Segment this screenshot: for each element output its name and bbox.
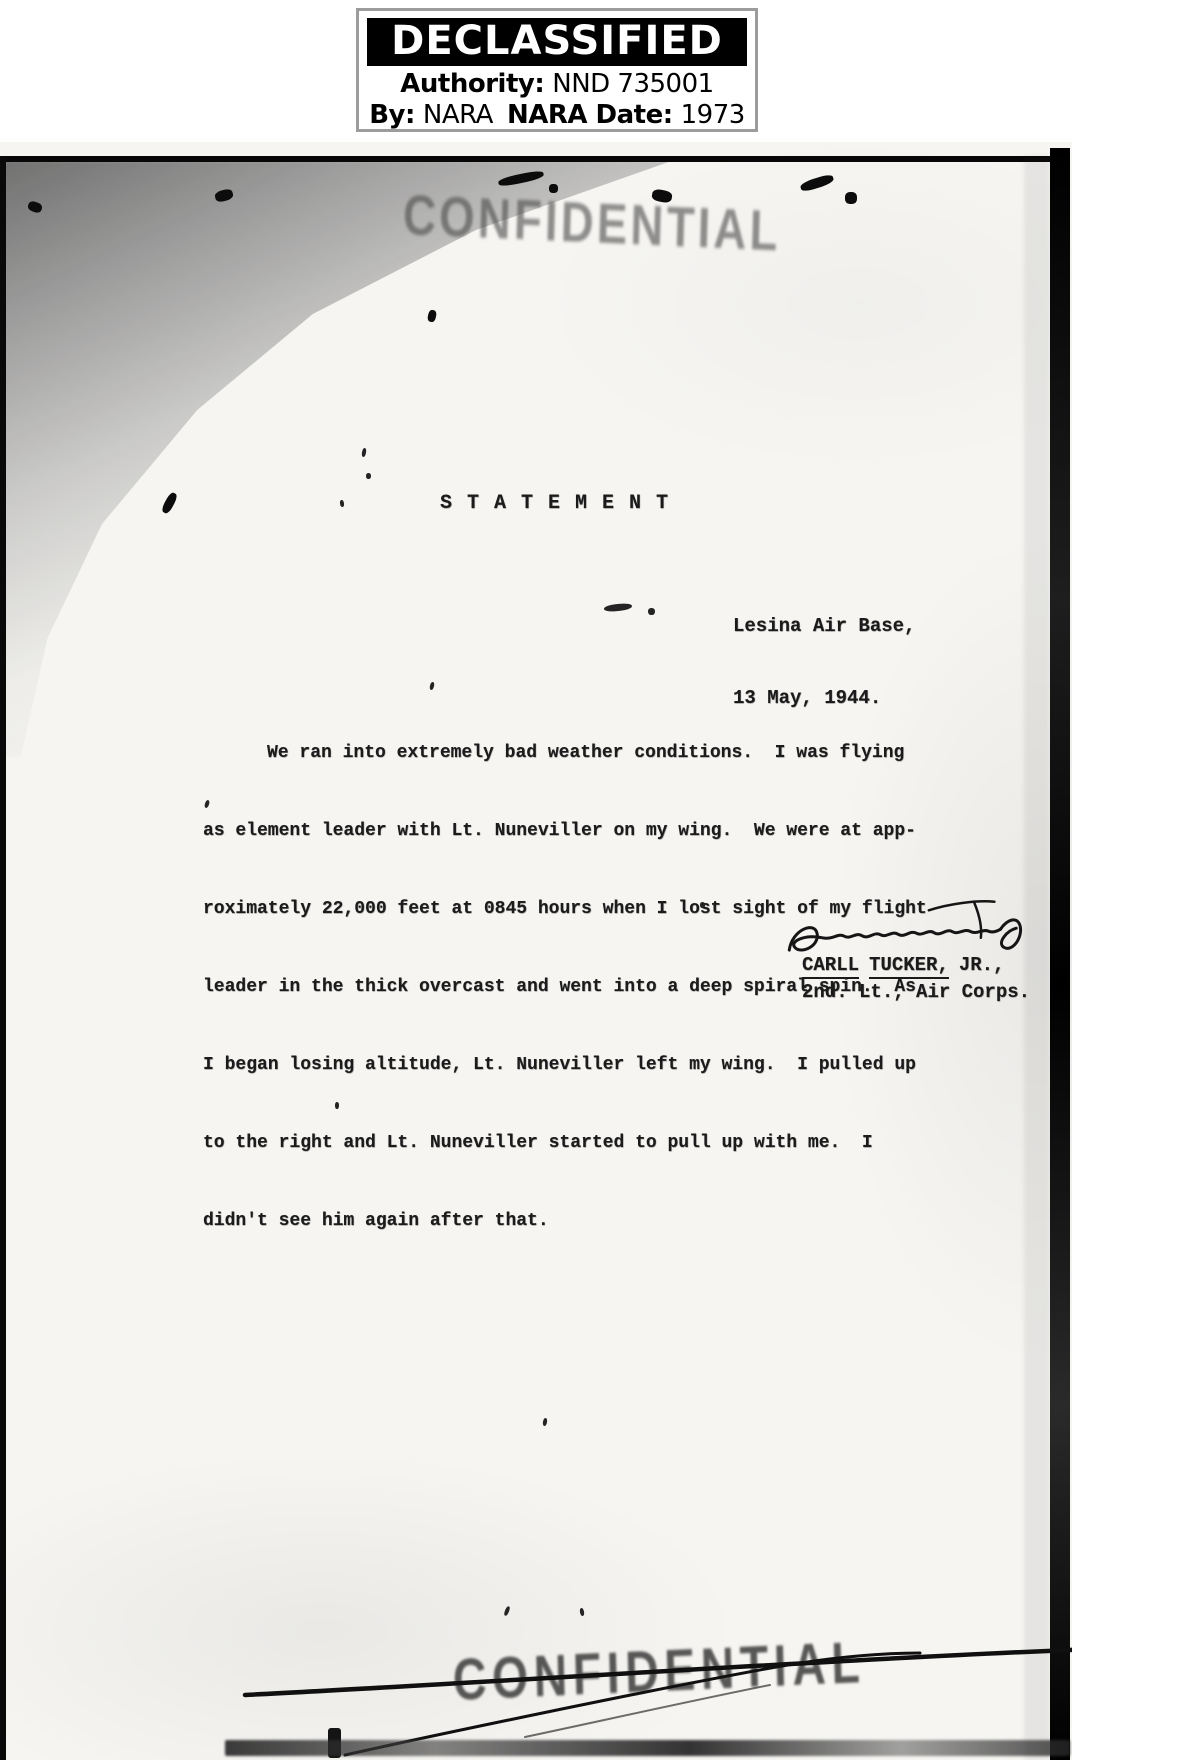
scan-left-edge (0, 156, 6, 1760)
strikethrough-pen-marks (225, 1617, 1072, 1760)
scan-speck (648, 608, 655, 615)
signature-name: CARLLTUCKER,JR., (802, 954, 1004, 976)
body-line: didn't see him again after that. (203, 1208, 983, 1234)
authority-label: Authority: (400, 69, 544, 99)
scan-speck (160, 491, 178, 515)
ink-smudge (549, 184, 558, 193)
ink-smudge (604, 603, 633, 613)
by-value: NARA (423, 100, 493, 130)
scan-speck (427, 309, 437, 322)
declassified-banner: DECLASSIFIED (367, 18, 747, 66)
scan-speck (361, 448, 367, 458)
scan-bottom-edge (225, 1740, 1070, 1756)
scan-top-edge (0, 156, 1060, 162)
signature-name-last: TUCKER, (869, 954, 949, 979)
by-label: By: (369, 100, 415, 130)
scan-speck (366, 473, 371, 479)
date-label: NARA Date: (507, 100, 673, 130)
by-line: By:NARANARA Date:1973 (359, 100, 755, 131)
scanned-page: DECLASSIFIED Authority:NND 735001 By:NAR… (0, 0, 1204, 1760)
declassified-title: DECLASSIFIED (391, 18, 723, 64)
document-scan: CONFIDENTIAL S T A T E M E N T Lesina Ai… (0, 142, 1072, 1760)
authority-line: Authority:NND 735001 (359, 69, 755, 100)
scan-speck (799, 173, 834, 193)
body-line: We ran into extremely bad weather condit… (203, 740, 983, 766)
body-line: to the right and Lt. Nuneviller started … (203, 1130, 983, 1156)
confidential-stamp-top: CONFIDENTIAL (402, 182, 781, 264)
scan-speck (700, 902, 705, 908)
date-value: 1973 (681, 100, 745, 130)
statement-heading: S T A T E M E N T (440, 492, 670, 515)
scan-speck (542, 1418, 547, 1427)
scan-speck (579, 1608, 584, 1617)
scan-speck (845, 192, 857, 204)
body-line: as element leader with Lt. Nuneviller on… (203, 818, 983, 844)
signature-name-first: CARLL (802, 954, 859, 979)
scan-right-edge (1050, 148, 1070, 1760)
signature-name-suffix: JR., (959, 954, 1005, 976)
body-line: I began losing altitude, Lt. Nuneviller … (203, 1052, 983, 1078)
scan-speck (340, 500, 345, 507)
authority-value: NND 735001 (552, 69, 713, 99)
signature-rank: 2nd. Lt., Air Corps. (802, 981, 1030, 1003)
dateline-location: Lesina Air Base, (733, 614, 915, 638)
scan-speck (335, 1102, 339, 1109)
declassification-stamp: DECLASSIFIED Authority:NND 735001 By:NAR… (356, 8, 758, 132)
scan-speck (503, 1606, 510, 1617)
